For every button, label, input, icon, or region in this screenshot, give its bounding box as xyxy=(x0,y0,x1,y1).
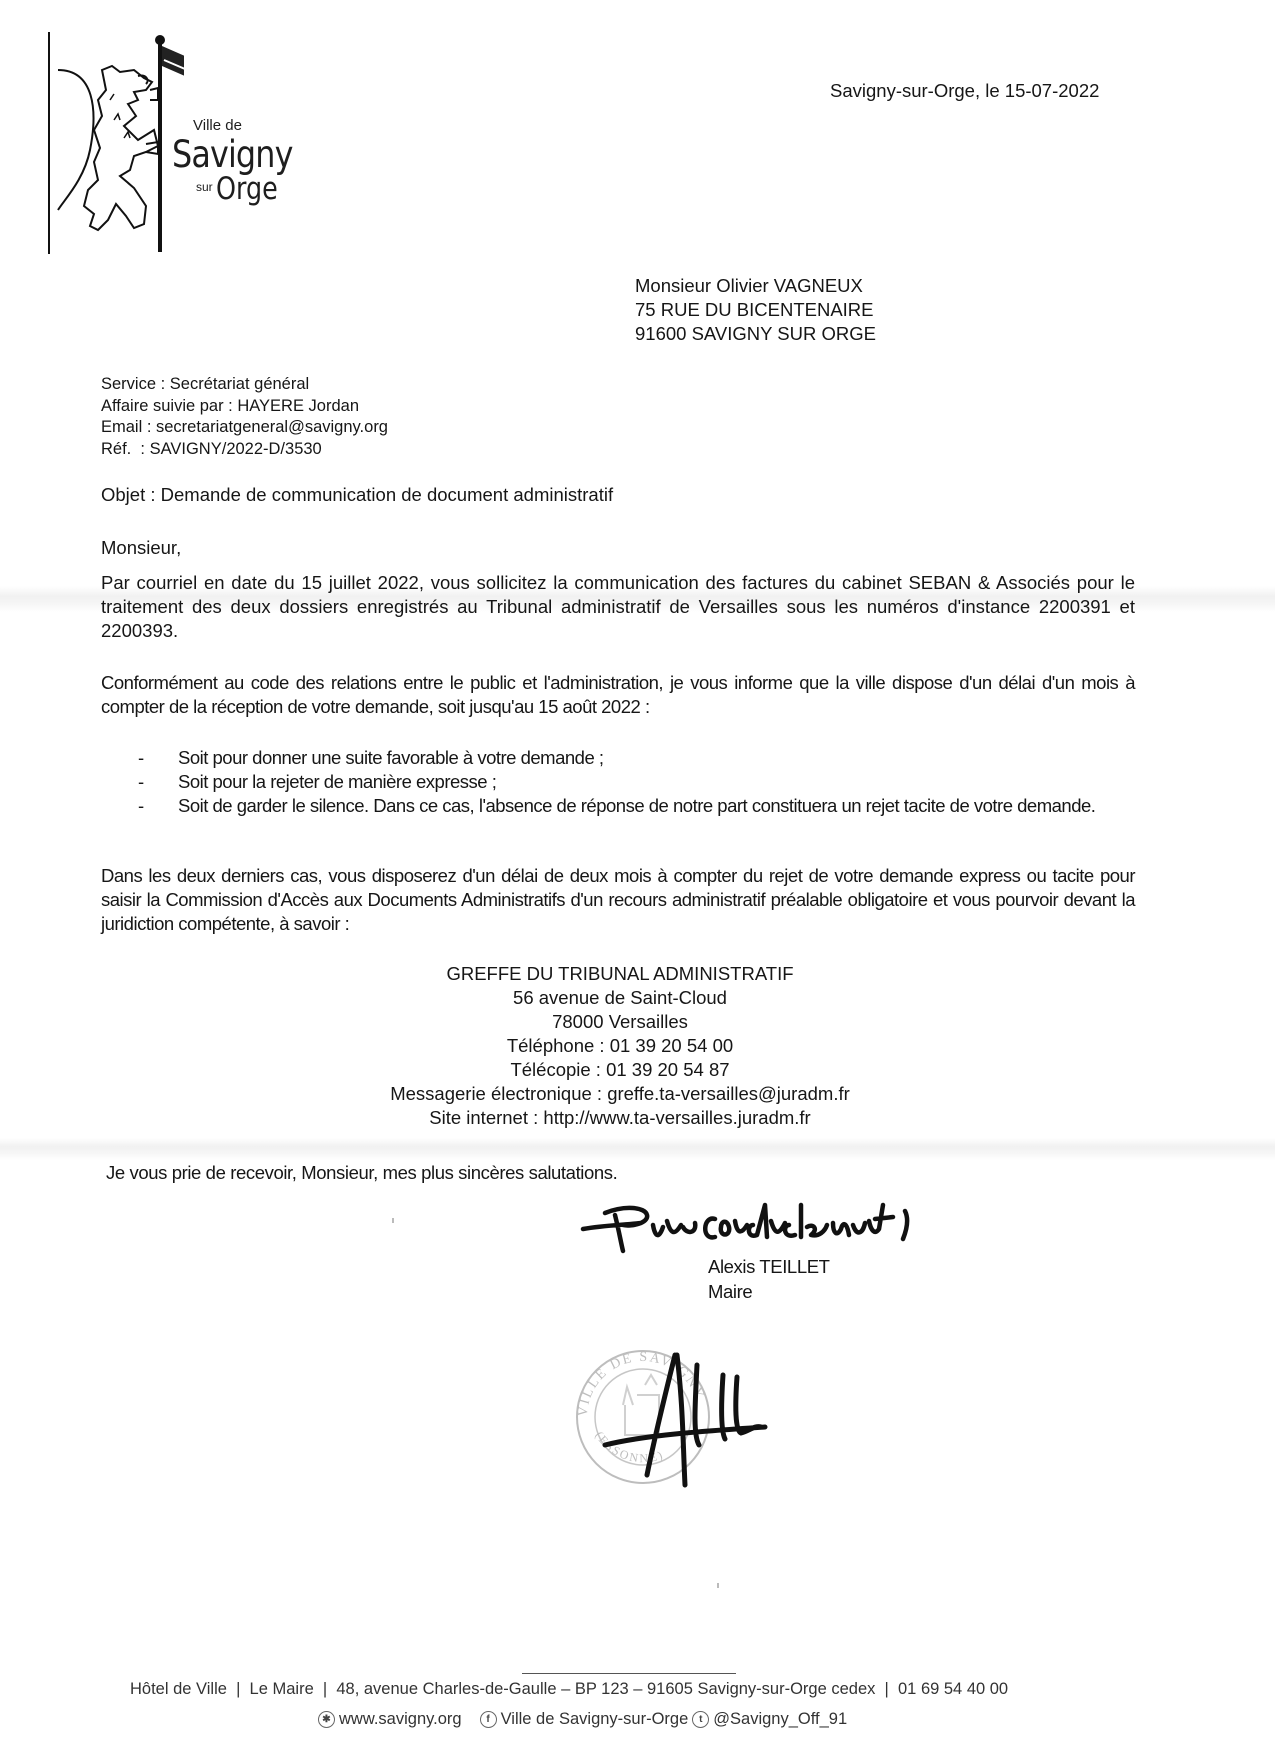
facebook-icon: f xyxy=(480,1711,497,1728)
service-line: Service : Secrétariat général xyxy=(101,374,388,396)
body-paragraph-2: Conformément au code des relations entre… xyxy=(101,671,1135,719)
options-list: - Soit pour donner une suite favorable à… xyxy=(138,746,1138,818)
scan-speck xyxy=(392,1218,394,1223)
footer-facebook-link[interactable]: Ville de Savigny-sur-Orge xyxy=(501,1710,689,1729)
recipient-address: Monsieur Olivier VAGNEUX 75 RUE DU BICEN… xyxy=(635,274,876,346)
logo-savigny: Savigny xyxy=(172,133,293,176)
greffe-phone: Téléphone : 01 39 20 54 00 xyxy=(300,1034,940,1058)
closing-formula: Je vous prie de recevoir, Monsieur, mes … xyxy=(106,1162,617,1184)
greffe-street: 56 avenue de Saint-Cloud xyxy=(300,986,940,1010)
list-item-text: Soit de garder le silence. Dans ce cas, … xyxy=(178,795,1095,816)
tribunal-address: GREFFE DU TRIBUNAL ADMINISTRATIF 56 aven… xyxy=(300,962,940,1130)
followed-by-line: Affaire suivie par : HAYERE Jordan xyxy=(101,396,388,418)
footer-divider xyxy=(522,1673,736,1674)
logo-ville-de: Ville de xyxy=(193,117,242,134)
city-logo: Ville de Savigny sur Orge xyxy=(44,30,294,260)
footer-twitter-link[interactable]: @Savigny_Off_91 xyxy=(713,1710,847,1729)
body-paragraph-1: Par courriel en date du 15 juillet 2022,… xyxy=(101,571,1135,643)
city-seal-icon: VILLE DE SAVIGNY (ESSONNE) xyxy=(576,1350,709,1483)
globe-icon: ✱ xyxy=(318,1711,335,1728)
logo-vertical-rule xyxy=(48,32,50,254)
signer-title: Maire xyxy=(708,1279,830,1304)
twitter-icon: t xyxy=(692,1711,709,1728)
body-paragraph-3: Dans les deux derniers cas, vous dispose… xyxy=(101,864,1135,936)
reference-line: Réf. : SAVIGNY/2022-D/3530 xyxy=(101,439,388,461)
list-item-text: Soit pour donner une suite favorable à v… xyxy=(178,747,604,768)
recipient-city: 91600 SAVIGNY SUR ORGE xyxy=(635,322,876,346)
greffe-website: Site internet : http://www.ta-versailles… xyxy=(300,1106,940,1130)
email-line: Email : secretariatgeneral@savigny.org xyxy=(101,417,388,439)
signer-block: Alexis TEILLET Maire xyxy=(708,1254,830,1304)
greffe-email: Messagerie électronique : greffe.ta-vers… xyxy=(300,1082,940,1106)
logo-orge: Orge xyxy=(216,171,278,207)
scan-speck xyxy=(717,1583,719,1588)
list-item: - Soit pour la rejeter de manière expres… xyxy=(138,770,1138,794)
subject-line: Objet : Demande de communication de docu… xyxy=(101,484,613,506)
salutation: Monsieur, xyxy=(101,537,181,559)
lion-rampant-with-flag-icon xyxy=(54,30,184,256)
recipient-name: Monsieur Olivier VAGNEUX xyxy=(635,274,876,298)
sender-references: Service : Secrétariat général Affaire su… xyxy=(101,374,388,460)
logo-sur: sur xyxy=(196,180,213,194)
scan-artifact xyxy=(0,1138,1275,1160)
greffe-city: 78000 Versailles xyxy=(300,1010,940,1034)
greffe-name: GREFFE DU TRIBUNAL ADMINISTRATIF xyxy=(300,962,940,986)
list-dash: - xyxy=(138,746,144,770)
list-dash: - xyxy=(138,794,144,818)
official-stamp-and-signature: VILLE DE SAVIGNY (ESSONNE) xyxy=(565,1335,805,1500)
footer-address: Hôtel de Ville | Le Maire | 48, avenue C… xyxy=(130,1680,1008,1699)
list-item: - Soit pour donner une suite favorable à… xyxy=(138,746,1138,770)
signer-name: Alexis TEILLET xyxy=(708,1254,830,1279)
handwritten-note-icon: Très Cordialement, xyxy=(575,1185,995,1255)
footer-social: ✱ www.savigny.org f Ville de Savigny-sur… xyxy=(318,1710,847,1729)
recipient-street: 75 RUE DU BICENTENAIRE xyxy=(635,298,876,322)
list-dash: - xyxy=(138,770,144,794)
greffe-fax: Télécopie : 01 39 20 54 87 xyxy=(300,1058,940,1082)
list-item: - Soit de garder le silence. Dans ce cas… xyxy=(138,794,1138,818)
list-item-text: Soit pour la rejeter de manière expresse… xyxy=(178,771,496,792)
date-line: Savigny-sur-Orge, le 15-07-2022 xyxy=(830,80,1099,102)
footer-website-link[interactable]: www.savigny.org xyxy=(339,1710,462,1729)
